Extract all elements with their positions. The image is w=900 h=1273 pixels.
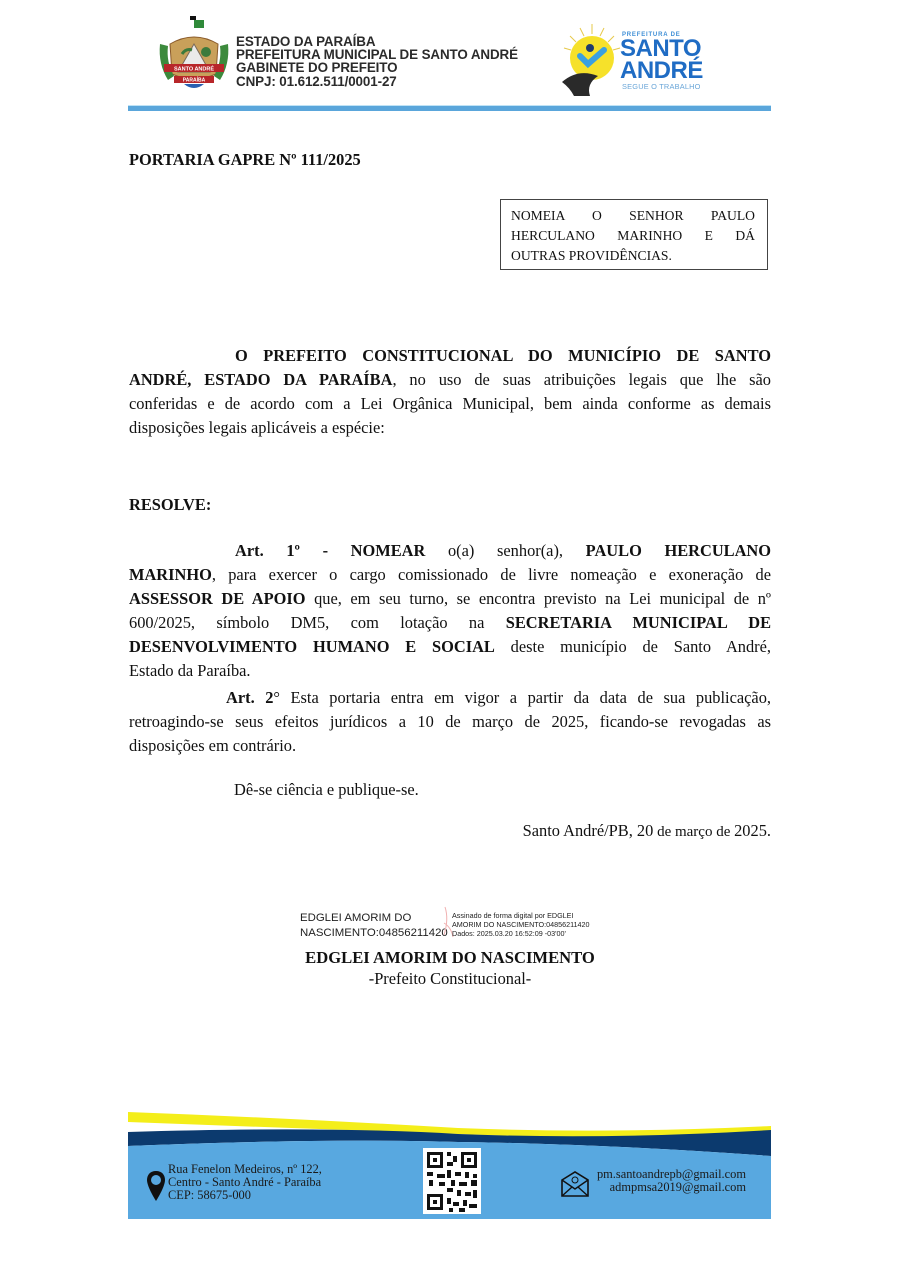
location-pin-icon: [146, 1170, 166, 1202]
header-divider: [128, 105, 771, 111]
ementa-line: NOMEIA O SENHOR PAULO: [511, 206, 755, 226]
footer-address: Rua Fenelon Medeiros, nº 122, Centro - S…: [168, 1163, 322, 1202]
letterhead: SANTO ANDRÉ PARAÍBA ESTADO DA PARAÍBA PR…: [128, 12, 771, 108]
document-title: PORTARIA GAPRE Nº 111/2025: [129, 150, 361, 170]
ementa-box: NOMEIA O SENHOR PAULO HERCULANO MARINHO …: [500, 199, 768, 270]
signer-name: EDGLEI AMORIM DO NASCIMENTO: [0, 948, 900, 968]
article-2-label: Art. 2: [226, 688, 273, 707]
digital-signature-name: EDGLEI AMORIM DO NASCIMENTO:04856211420: [300, 911, 448, 941]
ementa-line: OUTRAS PROVIDÊNCIAS.: [511, 246, 755, 266]
office-name: GABINETE DO PREFEITO: [236, 61, 518, 74]
email-link[interactable]: admpmsa2019@gmail.com: [597, 1181, 746, 1194]
svg-text:SANTO ANDRÉ: SANTO ANDRÉ: [174, 65, 214, 73]
coat-of-arms-icon: SANTO ANDRÉ PARAÍBA: [156, 14, 232, 92]
footer-emails: pm.santoandrepb@gmail.com admpmsa2019@gm…: [597, 1168, 746, 1194]
qr-code-icon[interactable]: [423, 1148, 481, 1214]
signer-role: -Prefeito Constitucional-: [0, 969, 900, 989]
closing-statement: Dê-se ciência e publique-se.: [234, 780, 419, 800]
digital-signature-details: Assinado de forma digital por EDGLEI AMO…: [452, 911, 590, 938]
resolve-heading: RESOLVE:: [129, 495, 211, 515]
place-and-date: Santo André/PB, 20 de março de 2025.: [523, 821, 771, 841]
preamble-paragraph: O PREFEITO CONSTITUCIONAL DO MUNICÍPIO D…: [129, 344, 771, 440]
svg-text:PARAÍBA: PARAÍBA: [183, 76, 206, 84]
email-icon: [560, 1170, 590, 1198]
article-2: Art. 2° Esta portaria entra em vigor a p…: [129, 686, 771, 758]
article-1: Art. 1º - NOMEAR o(a) senhor(a), PAULO H…: [129, 539, 771, 683]
logo-name: SANTO ANDRÉ: [620, 38, 703, 82]
letterhead-text: ESTADO DA PARAÍBA PREFEITURA MUNICIPAL D…: [236, 35, 518, 88]
logo-slogan: SEGUE O TRABALHO: [622, 82, 701, 91]
ementa-line: HERCULANO MARINHO E DÁ: [511, 226, 755, 246]
cnpj: CNPJ: 01.612.511/0001-27: [236, 75, 518, 88]
article-1-label: Art. 1º - NOMEAR: [235, 541, 425, 560]
